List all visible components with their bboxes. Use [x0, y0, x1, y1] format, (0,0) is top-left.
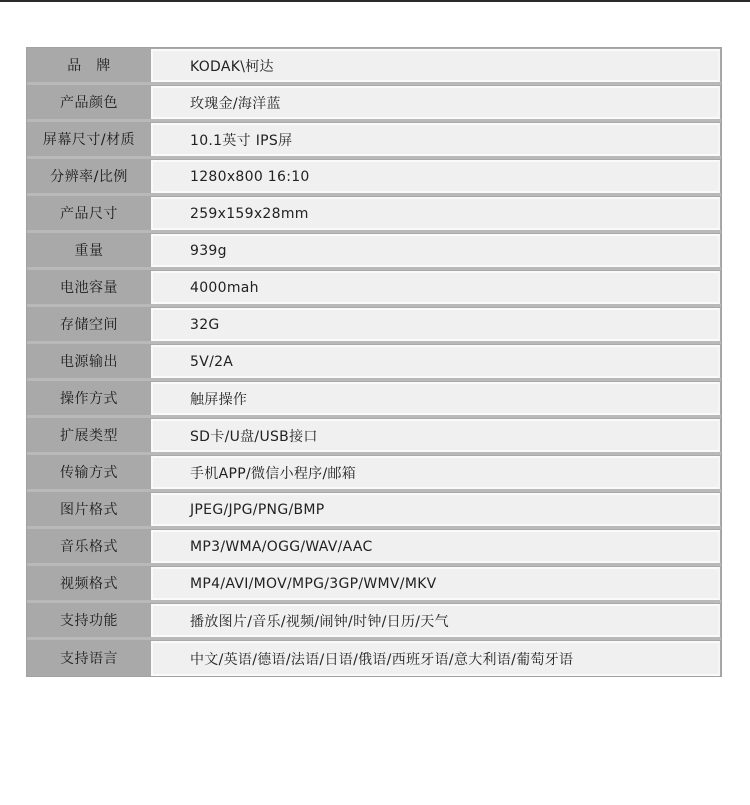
spec-row-power: 电源输出 5V/2A [27, 344, 721, 381]
spec-row-languages: 支持语言 中文/英语/德语/法语/日语/俄语/西班牙语/意大利语/葡萄牙语 [27, 640, 721, 676]
top-divider-line [0, 0, 750, 2]
spec-row-image-formats: 图片格式 JPEG/JPG/PNG/BMP [27, 492, 721, 529]
spec-value: 中文/英语/德语/法语/日语/俄语/西班牙语/意大利语/葡萄牙语 [151, 641, 720, 676]
spec-label: 电源输出 [27, 344, 151, 378]
spec-value: 触屏操作 [151, 382, 720, 415]
spec-label: 扩展类型 [27, 418, 151, 452]
spec-value: JPEG/JPG/PNG/BMP [151, 493, 720, 526]
spec-row-screen: 屏幕尺寸/材质 10.1英寸 IPS屏 [27, 122, 721, 159]
spec-value: 259x159x28mm [151, 197, 720, 230]
spec-value: 4000mah [151, 271, 720, 304]
spec-label: 支持功能 [27, 603, 151, 637]
spec-label: 重量 [27, 233, 151, 267]
spec-label: 产品颜色 [27, 85, 151, 119]
spec-value: 手机APP/微信小程序/邮箱 [151, 456, 720, 489]
spec-value: 5V/2A [151, 345, 720, 378]
spec-label: 电池容量 [27, 270, 151, 304]
spec-row-operation: 操作方式 触屏操作 [27, 381, 721, 418]
spec-value: 939g [151, 234, 720, 267]
spec-label: 音乐格式 [27, 529, 151, 563]
spec-row-brand: 品 牌 KODAK\柯达 [27, 48, 721, 85]
spec-row-dimensions: 产品尺寸 259x159x28mm [27, 196, 721, 233]
spec-label: 支持语言 [27, 640, 151, 676]
spec-row-weight: 重量 939g [27, 233, 721, 270]
spec-value: MP3/WMA/OGG/WAV/AAC [151, 530, 720, 563]
spec-row-music-formats: 音乐格式 MP3/WMA/OGG/WAV/AAC [27, 529, 721, 566]
spec-row-storage: 存储空间 32G [27, 307, 721, 344]
spec-label: 传输方式 [27, 455, 151, 489]
spec-label: 产品尺寸 [27, 196, 151, 230]
spec-label: 视频格式 [27, 566, 151, 600]
spec-value: 32G [151, 308, 720, 341]
spec-row-battery: 电池容量 4000mah [27, 270, 721, 307]
spec-label: 屏幕尺寸/材质 [27, 122, 151, 156]
spec-table: 品 牌 KODAK\柯达 产品颜色 玫瑰金/海洋蓝 屏幕尺寸/材质 10.1英寸… [26, 47, 722, 677]
spec-row-resolution: 分辨率/比例 1280x800 16:10 [27, 159, 721, 196]
spec-label: 分辨率/比例 [27, 159, 151, 193]
spec-label: 品 牌 [27, 48, 151, 82]
spec-row-expansion: 扩展类型 SD卡/U盘/USB接口 [27, 418, 721, 455]
spec-value: KODAK\柯达 [151, 49, 720, 82]
spec-value: 播放图片/音乐/视频/闹钟/时钟/日历/天气 [151, 604, 720, 637]
spec-value: 10.1英寸 IPS屏 [151, 123, 720, 156]
spec-value: 1280x800 16:10 [151, 160, 720, 193]
spec-label: 操作方式 [27, 381, 151, 415]
spec-label: 存储空间 [27, 307, 151, 341]
spec-row-color: 产品颜色 玫瑰金/海洋蓝 [27, 85, 721, 122]
spec-value: SD卡/U盘/USB接口 [151, 419, 720, 452]
spec-label: 图片格式 [27, 492, 151, 526]
spec-row-features: 支持功能 播放图片/音乐/视频/闹钟/时钟/日历/天气 [27, 603, 721, 640]
spec-row-video-formats: 视频格式 MP4/AVI/MOV/MPG/3GP/WMV/MKV [27, 566, 721, 603]
spec-value: 玫瑰金/海洋蓝 [151, 86, 720, 119]
spec-value: MP4/AVI/MOV/MPG/3GP/WMV/MKV [151, 567, 720, 600]
spec-row-transfer: 传输方式 手机APP/微信小程序/邮箱 [27, 455, 721, 492]
